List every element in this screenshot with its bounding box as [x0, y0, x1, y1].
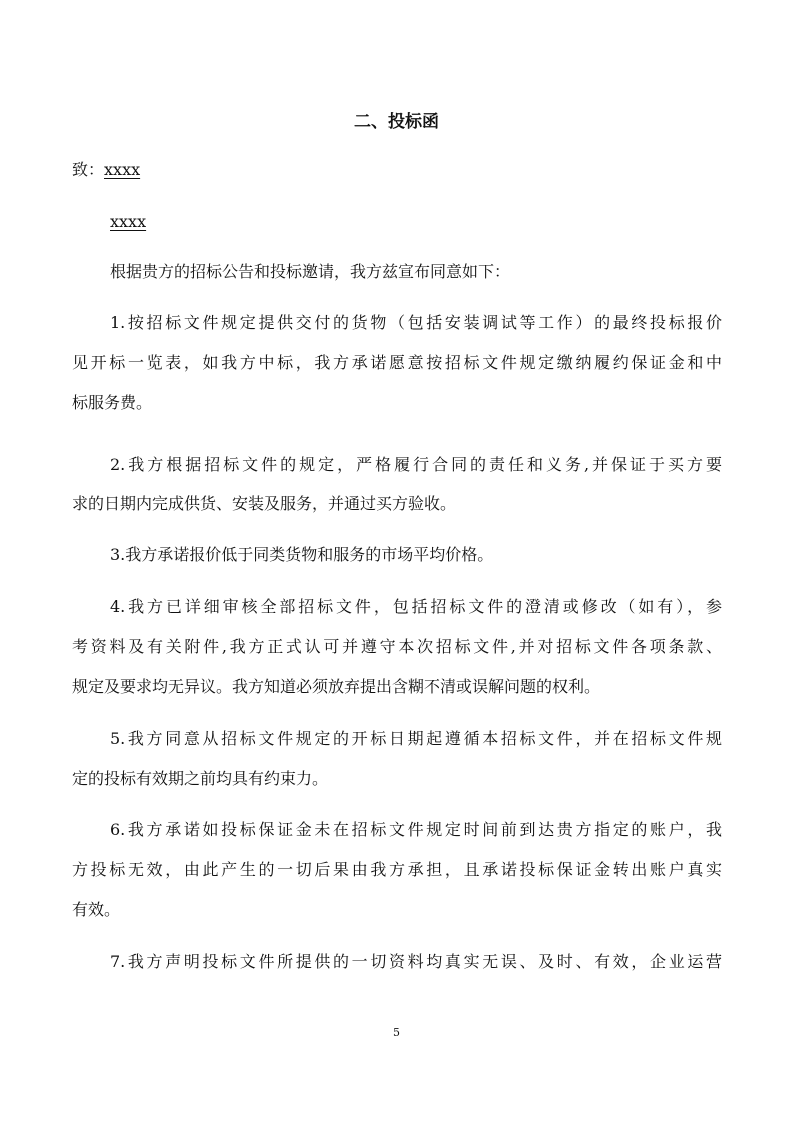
- clause-4-line-3: 规定及要求均无异议。我方知道必须放弃提出含糊不清或误解问题的权利。: [72, 677, 600, 697]
- clause-6-line-2: 方投标无效，由此产生的一切后果由我方承担，且承诺投标保证金转出账户真实: [72, 860, 722, 880]
- section-title: 二、投标函: [0, 107, 793, 132]
- recipient-label: 致：: [72, 160, 104, 179]
- clause-4-line-1: 4.我方已详细审核全部招标文件，包括招标文件的澄清或修改（如有），参: [110, 597, 722, 617]
- clause-6-line-3: 有效。: [72, 900, 120, 920]
- clause-2-line-2: 求的日期内完成供货、安装及服务，并通过买方验收。: [72, 494, 456, 514]
- page-number: 5: [0, 1026, 793, 1039]
- clause-4-line-2: 考资料及有关附件,我方正式认可并遵守本次招标文件,并对招标文件各项条款、: [72, 637, 722, 657]
- recipient-value: xxxx: [104, 160, 140, 179]
- clause-5-line-1: 5.我方同意从招标文件规定的开标日期起遵循本招标文件，并在招标文件规: [110, 729, 722, 749]
- clause-1-line-1: 1.按招标文件规定提供交付的货物（包括安装调试等工作）的最终投标报价: [110, 313, 722, 333]
- recipient-line: 致：xxxx: [72, 160, 140, 180]
- intro-text: 根据贵方的招标公告和投标邀请，我方兹宣布同意如下：: [110, 262, 510, 282]
- clause-6-line-1: 6.我方承诺如投标保证金未在招标文件规定时间前到达贵方指定的账户，我: [110, 820, 722, 840]
- recipient-sub: xxxx: [110, 212, 146, 232]
- clause-1-line-2: 见开标一览表，如我方中标，我方承诺愿意按招标文件规定缴纳履约保证金和中: [72, 353, 722, 373]
- clause-5-line-2: 定的投标有效期之前均具有约束力。: [72, 769, 328, 789]
- clause-3-line-1: 3.我方承诺报价低于同类货物和服务的市场平均价格。: [110, 545, 493, 565]
- clause-1-line-3: 标服务费。: [72, 393, 152, 413]
- clause-2-line-1: 2.我方根据招标文件的规定，严格履行合同的责任和义务,并保证于买方要: [110, 455, 722, 475]
- clause-7-line-1: 7.我方声明投标文件所提供的一切资料均真实无误、及时、有效，企业运营: [110, 952, 722, 972]
